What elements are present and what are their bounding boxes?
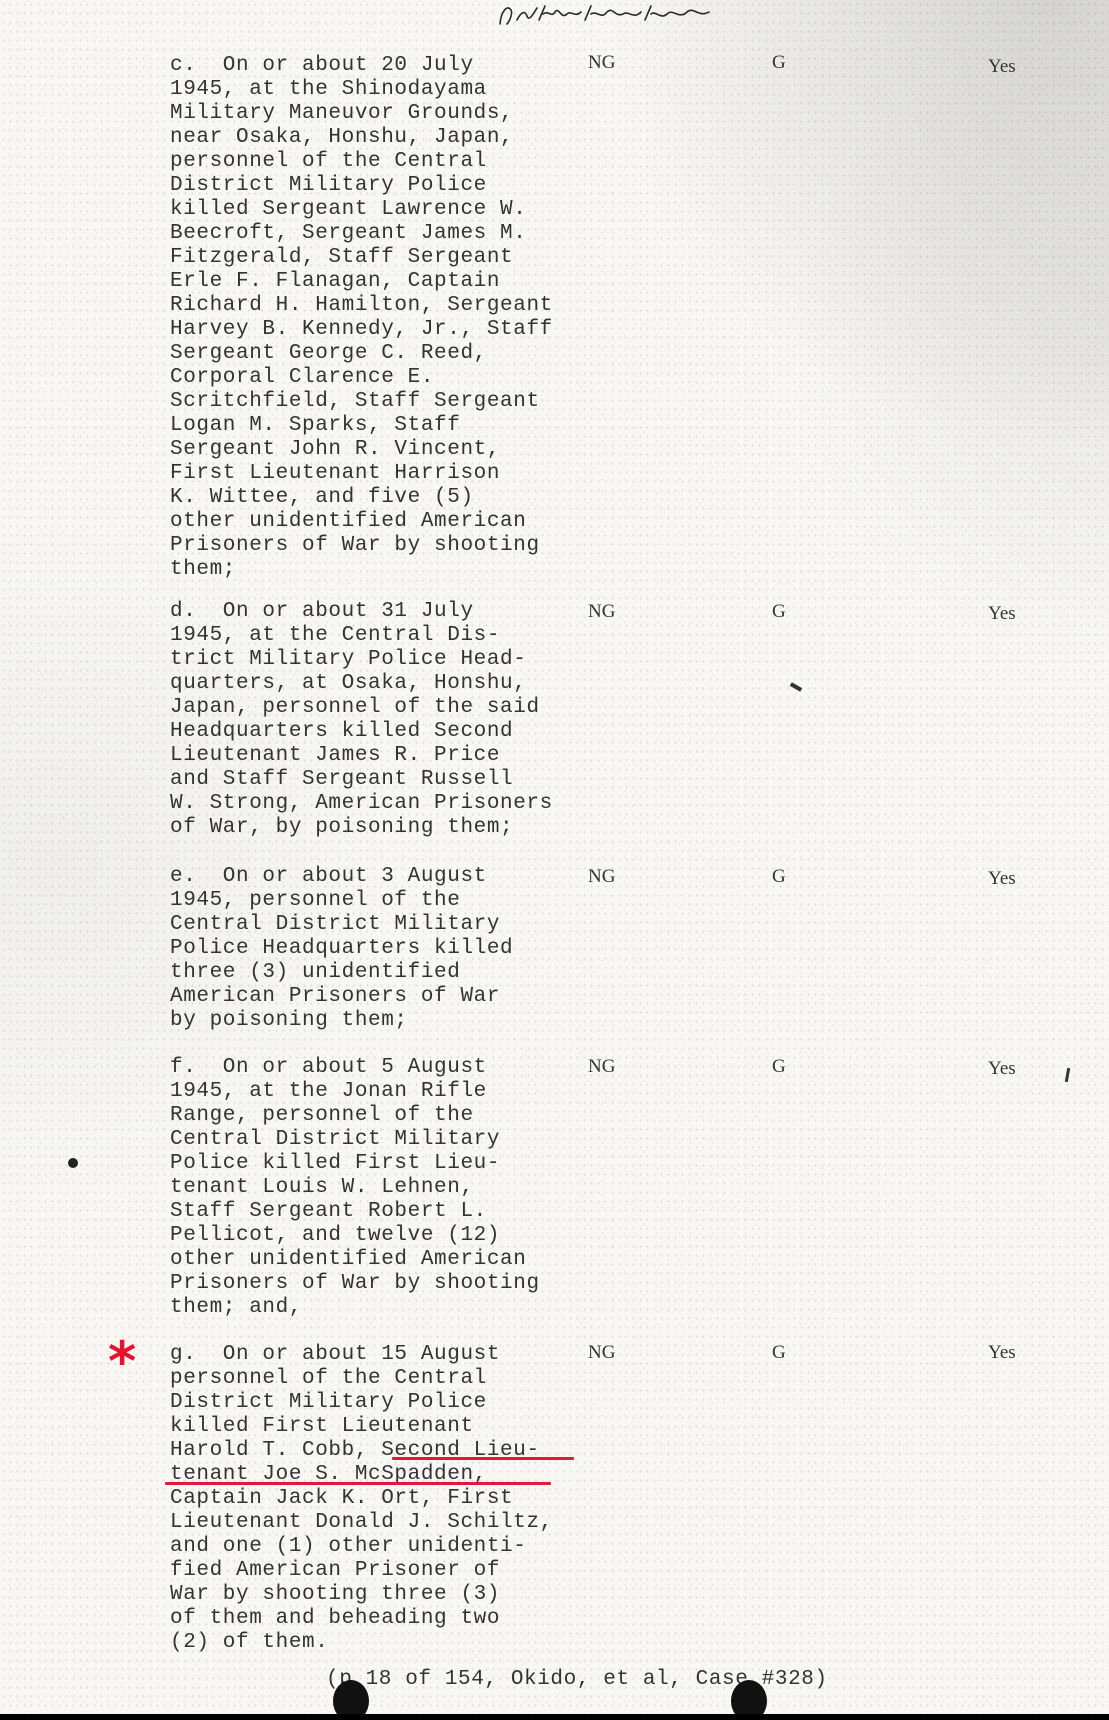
typed-line: near Osaka, Honshu, Japan, bbox=[170, 126, 590, 150]
typed-line: Fitzgerald, Staff Sergeant bbox=[170, 246, 590, 270]
plea-f: NG bbox=[588, 1056, 615, 1078]
charge-item-e: e. On or about 3 August1945, personnel o… bbox=[170, 865, 590, 1033]
plea-g: NG bbox=[588, 1342, 615, 1364]
charge-item-d: d. On or about 31 July1945, at the Centr… bbox=[170, 600, 590, 840]
typed-line: Military Maneuvor Grounds, bbox=[170, 102, 590, 126]
approved-g: Yes bbox=[988, 1342, 1016, 1364]
typed-line: Prisoners of War by shooting bbox=[170, 1272, 590, 1296]
typed-line: 1945, personnel of the bbox=[170, 889, 590, 913]
typed-line: quarters, at Osaka, Honshu, bbox=[170, 672, 590, 696]
typed-line: Lieutenant James R. Price bbox=[170, 744, 590, 768]
typed-line: other unidentified American bbox=[170, 1248, 590, 1272]
typed-line: Prisoners of War by shooting bbox=[170, 534, 590, 558]
typed-line: W. Strong, American Prisoners bbox=[170, 792, 590, 816]
finding-c: G bbox=[772, 52, 786, 74]
typed-line: Sergeant George C. Reed, bbox=[170, 342, 590, 366]
scan-mark bbox=[1065, 1068, 1070, 1082]
typed-line: 1945, at the Central Dis- bbox=[170, 624, 590, 648]
typed-line: Police Headquarters killed bbox=[170, 937, 590, 961]
approved-d: Yes bbox=[988, 603, 1016, 625]
typed-line: Staff Sergeant Robert L. bbox=[170, 1200, 590, 1224]
finding-d: G bbox=[772, 601, 786, 623]
typed-line: f. On or about 5 August bbox=[170, 1056, 590, 1080]
typed-line: g. On or about 15 August bbox=[170, 1343, 590, 1367]
red-underline-2 bbox=[165, 1482, 551, 1485]
typed-line: of them and beheading two bbox=[170, 1607, 590, 1631]
typed-line: three (3) unidentified bbox=[170, 961, 590, 985]
typed-line: Police killed First Lieu- bbox=[170, 1152, 590, 1176]
red-underline-1 bbox=[392, 1457, 574, 1460]
typed-line: fied American Prisoner of bbox=[170, 1559, 590, 1583]
typed-line: killed First Lieutenant bbox=[170, 1415, 590, 1439]
typed-line: e. On or about 3 August bbox=[170, 865, 590, 889]
finding-f: G bbox=[772, 1056, 786, 1078]
plea-e: NG bbox=[588, 866, 615, 888]
typed-line: Headquarters killed Second bbox=[170, 720, 590, 744]
typed-line: personnel of the Central bbox=[170, 150, 590, 174]
typed-line: Lieutenant Donald J. Schiltz, bbox=[170, 1511, 590, 1535]
charge-item-g: g. On or about 15 Augustpersonnel of the… bbox=[170, 1343, 590, 1655]
finding-g: G bbox=[772, 1342, 786, 1364]
approved-c: Yes bbox=[988, 56, 1016, 78]
typed-line: Central District Military bbox=[170, 913, 590, 937]
typed-line: District Military Police bbox=[170, 174, 590, 198]
typed-line: American Prisoners of War bbox=[170, 985, 590, 1009]
typed-line: Pellicot, and twelve (12) bbox=[170, 1224, 590, 1248]
plea-d: NG bbox=[588, 601, 615, 623]
typed-line: by poisoning them; bbox=[170, 1009, 590, 1033]
typed-line: Beecroft, Sergeant James M. bbox=[170, 222, 590, 246]
typed-line: District Military Police bbox=[170, 1391, 590, 1415]
typed-line: of War, by poisoning them; bbox=[170, 816, 590, 840]
scan-dot bbox=[68, 1158, 78, 1168]
typed-line: Range, personnel of the bbox=[170, 1104, 590, 1128]
charge-item-c: c. On or about 20 July1945, at the Shino… bbox=[170, 54, 590, 582]
typed-line: 1945, at the Shinodayama bbox=[170, 78, 590, 102]
typed-line: c. On or about 20 July bbox=[170, 54, 590, 78]
typed-line: Japan, personnel of the said bbox=[170, 696, 590, 720]
typed-line: Corporal Clarence E. bbox=[170, 366, 590, 390]
typed-line: trict Military Police Head- bbox=[170, 648, 590, 672]
typed-line: Richard H. Hamilton, Sergeant bbox=[170, 294, 590, 318]
typed-line: K. Wittee, and five (5) bbox=[170, 486, 590, 510]
typed-line: War by shooting three (3) bbox=[170, 1583, 590, 1607]
finding-e: G bbox=[772, 866, 786, 888]
typed-line: Sergeant John R. Vincent, bbox=[170, 438, 590, 462]
charge-item-f: f. On or about 5 August1945, at the Jona… bbox=[170, 1056, 590, 1320]
typed-line: and one (1) other unidenti- bbox=[170, 1535, 590, 1559]
red-asterisk-icon: * bbox=[108, 1335, 136, 1389]
typed-line: them; and, bbox=[170, 1296, 590, 1320]
scanned-page: c. On or about 20 July1945, at the Shino… bbox=[0, 0, 1109, 1720]
approved-f: Yes bbox=[988, 1058, 1016, 1080]
typed-line: 1945, at the Jonan Rifle bbox=[170, 1080, 590, 1104]
typed-line: Erle F. Flanagan, Captain bbox=[170, 270, 590, 294]
typed-line: other unidentified American bbox=[170, 510, 590, 534]
typed-line: them; bbox=[170, 558, 590, 582]
typed-line: (2) of them. bbox=[170, 1631, 590, 1655]
typed-line: First Lieutenant Harrison bbox=[170, 462, 590, 486]
handwritten-scribble-icon bbox=[495, 2, 725, 28]
scan-mark bbox=[790, 682, 802, 691]
typed-line: personnel of the Central bbox=[170, 1367, 590, 1391]
typed-line: tenant Louis W. Lehnen, bbox=[170, 1176, 590, 1200]
approved-e: Yes bbox=[988, 868, 1016, 890]
scan-edge bbox=[0, 1714, 1109, 1720]
typed-line: Harvey B. Kennedy, Jr., Staff bbox=[170, 318, 590, 342]
typed-line: Central District Military bbox=[170, 1128, 590, 1152]
typed-line: killed Sergeant Lawrence W. bbox=[170, 198, 590, 222]
typed-line: and Staff Sergeant Russell bbox=[170, 768, 590, 792]
typed-line: Captain Jack K. Ort, First bbox=[170, 1487, 590, 1511]
typed-line: d. On or about 31 July bbox=[170, 600, 590, 624]
typed-line: Logan M. Sparks, Staff bbox=[170, 414, 590, 438]
plea-c: NG bbox=[588, 52, 615, 74]
typed-line: Scritchfield, Staff Sergeant bbox=[170, 390, 590, 414]
